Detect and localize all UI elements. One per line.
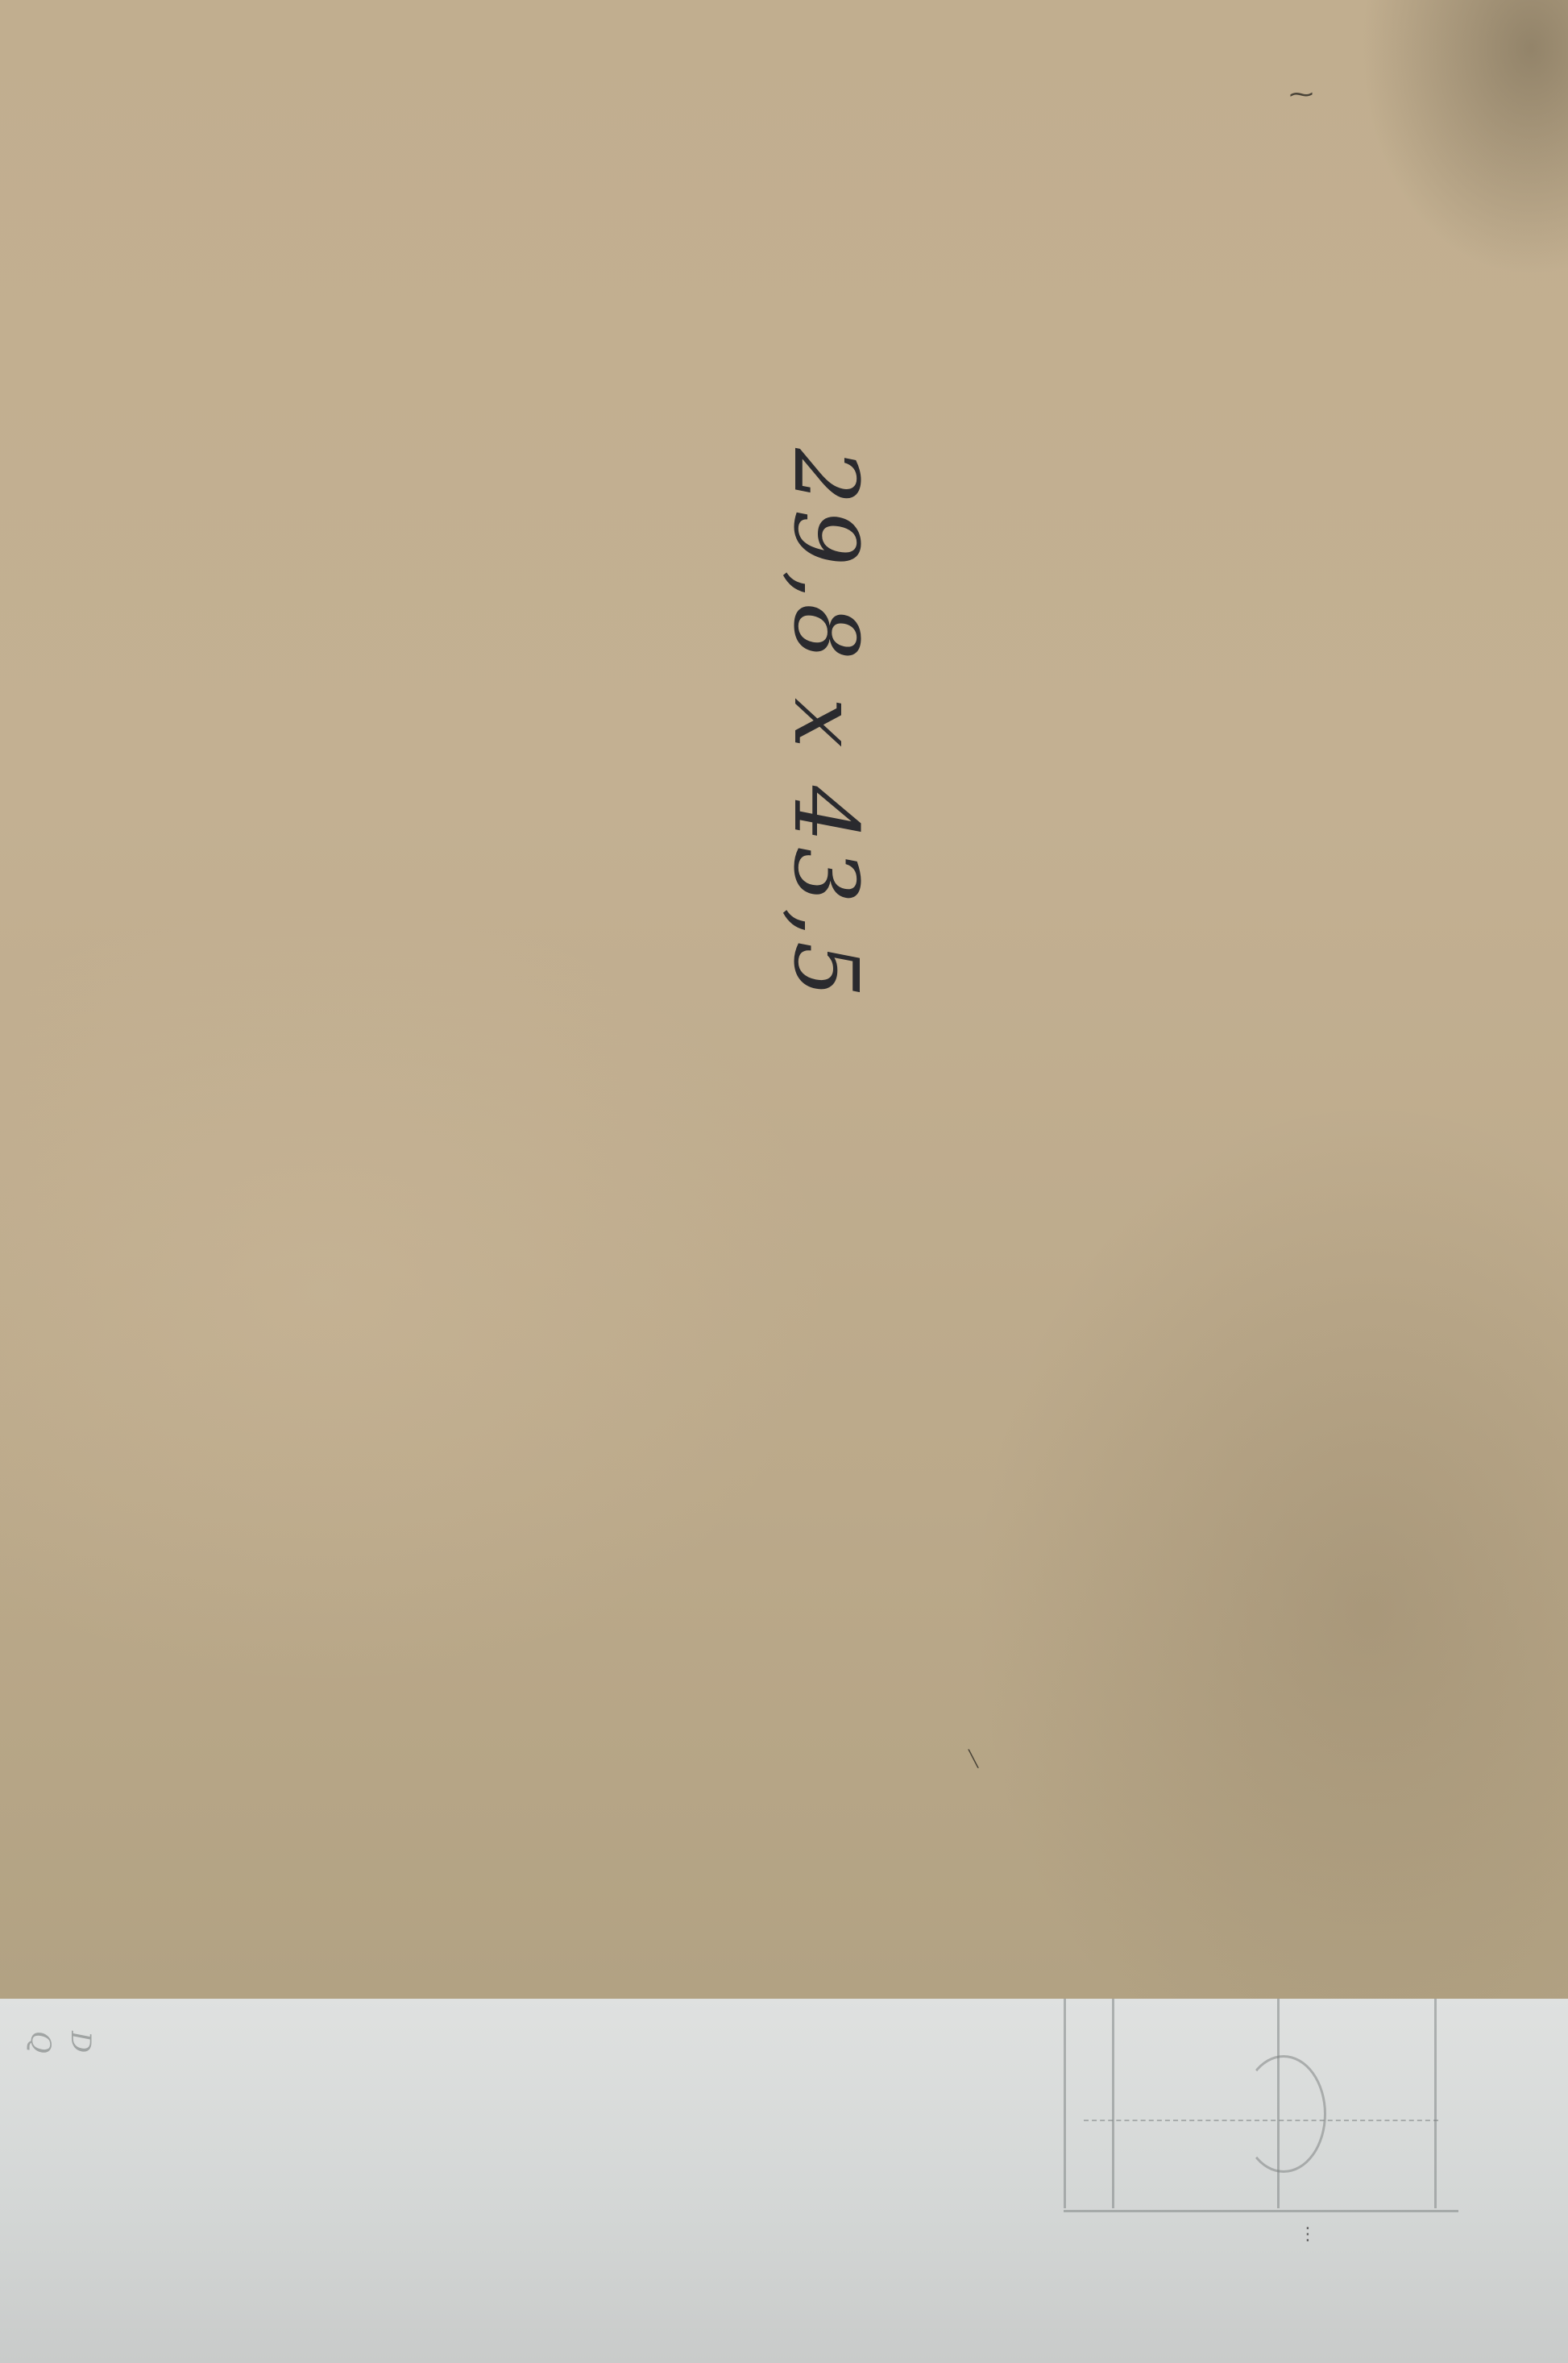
- pencil-dot: ╲: [969, 1749, 978, 1768]
- pencil-smudge: ⁓: [1289, 81, 1313, 109]
- handwritten-dimensions: 29,8 x 43,5: [774, 448, 877, 1003]
- pencil-marks: ⋮: [1299, 2224, 1317, 2245]
- underlying-white-sheet: Q D ⋮: [0, 1999, 1568, 2363]
- tan-paper-sheet: ⁓ 29,8 x 43,5 ╲: [0, 0, 1568, 1999]
- pencil-line: [1064, 2210, 1458, 2212]
- faint-pencil-text-2: D: [64, 2031, 97, 2053]
- pencil-line: [1112, 1999, 1114, 2208]
- faint-pencil-text-1: Q: [24, 2031, 56, 2054]
- pencil-line: [1064, 1999, 1066, 2208]
- pencil-arc: [1241, 2055, 1326, 2173]
- pencil-line: [1434, 1999, 1437, 2208]
